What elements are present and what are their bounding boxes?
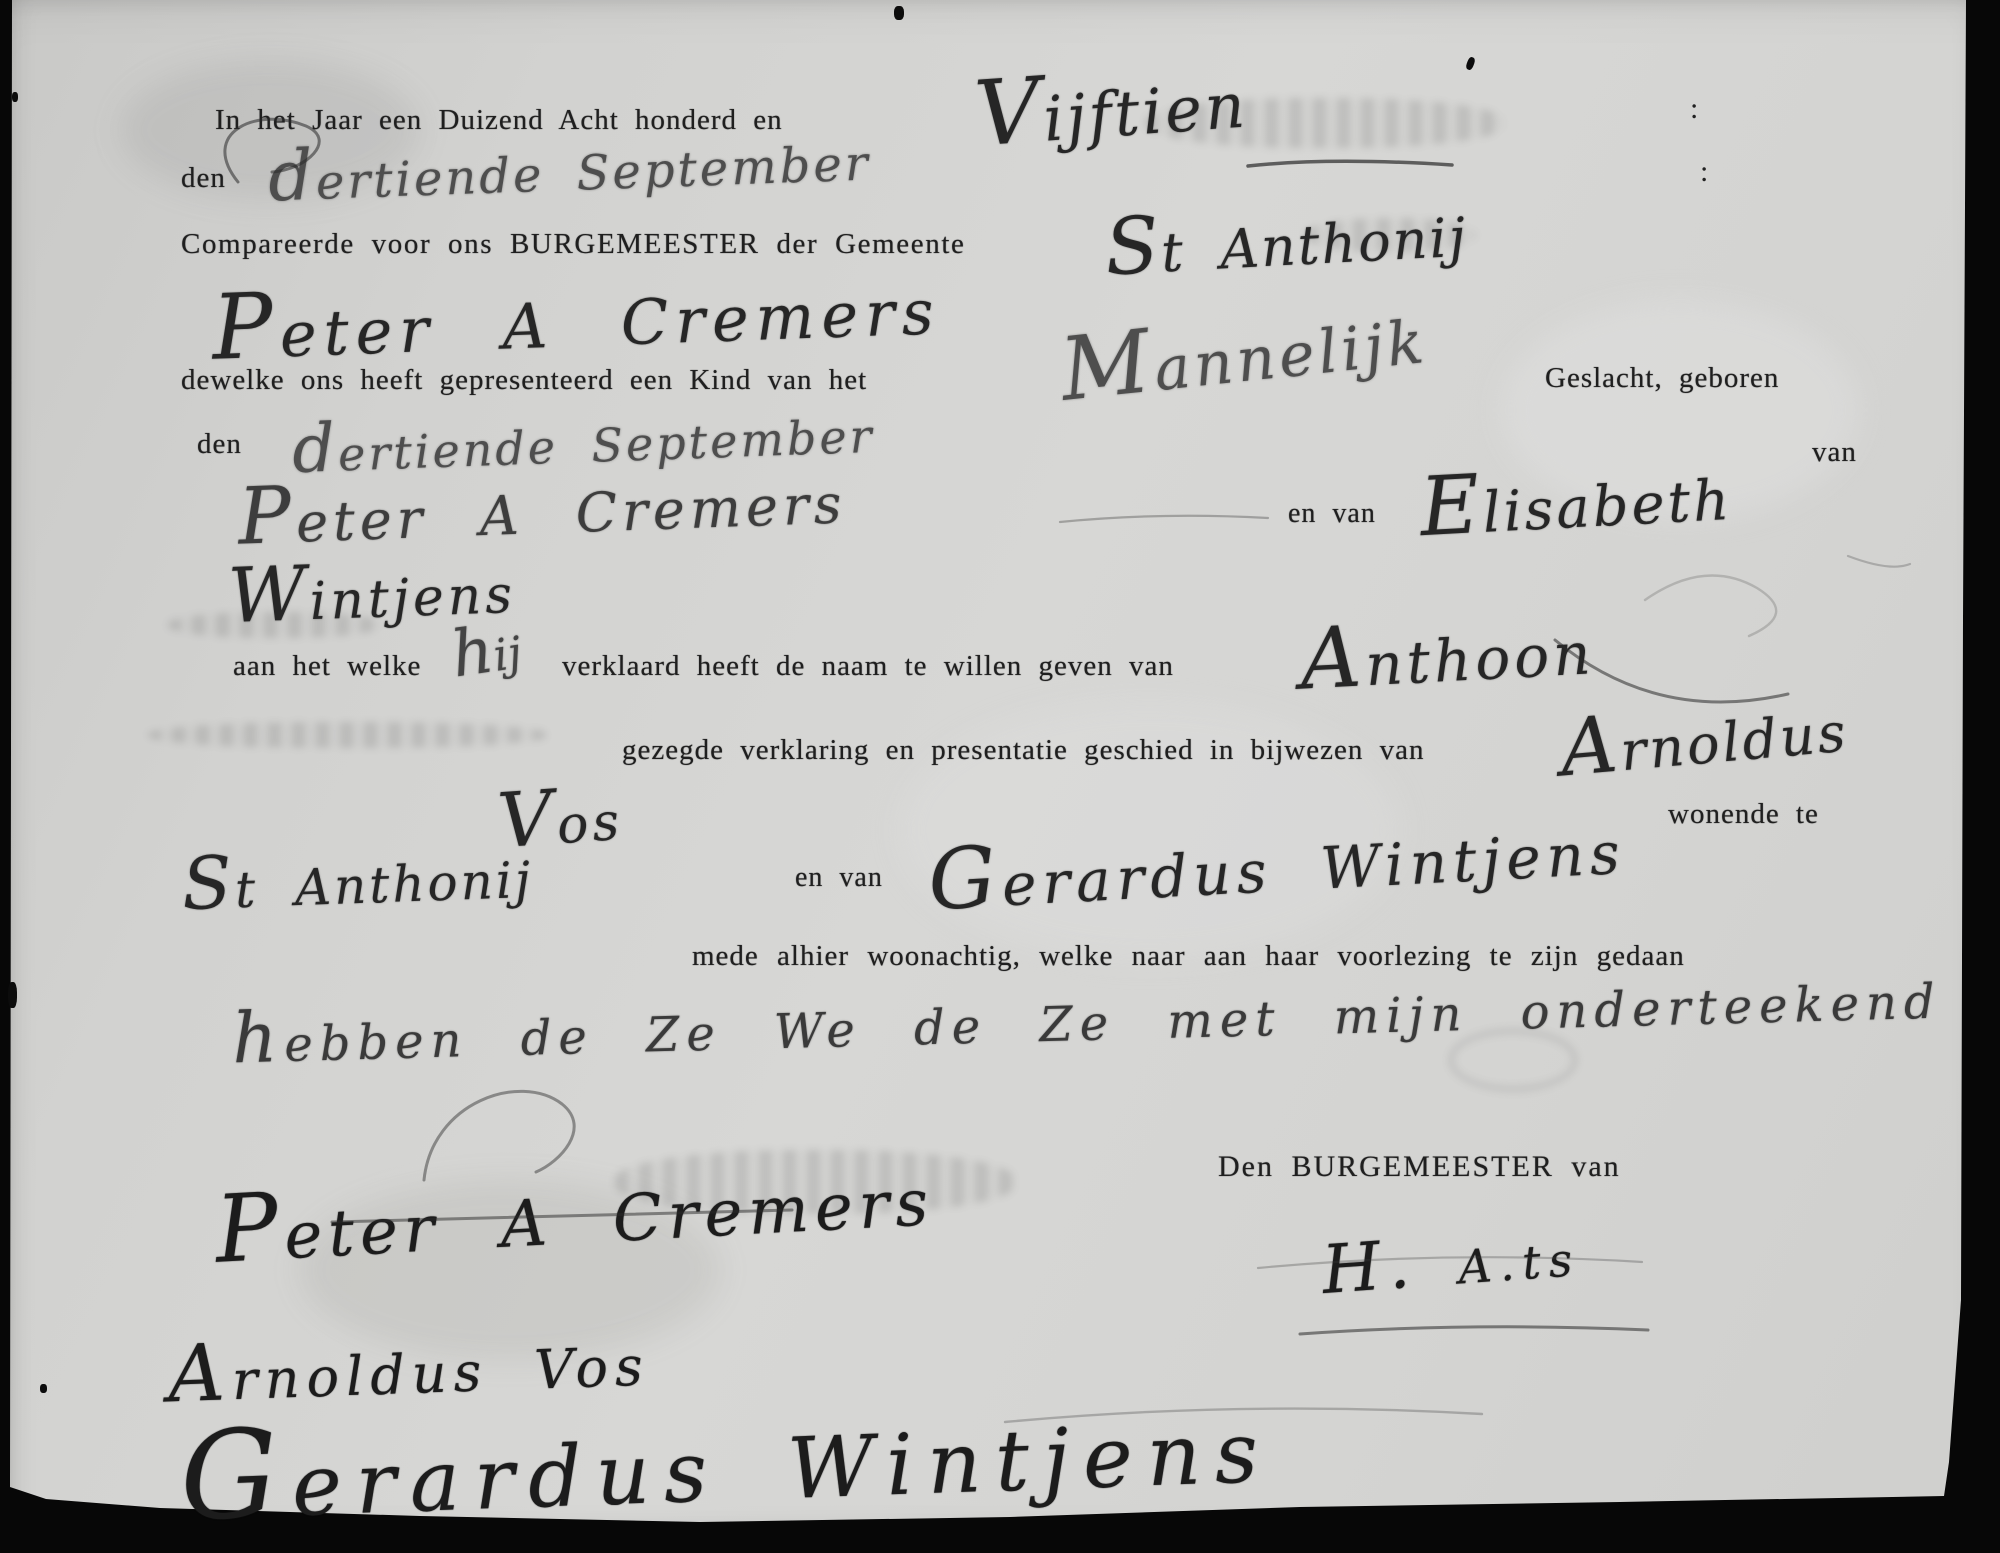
ink-speck	[12, 92, 18, 102]
printed-aan-het-welke: aan het welke	[233, 650, 421, 683]
printed-burgemeester-line: Den BURGEMEESTER van	[1218, 1150, 1621, 1184]
ink-colon-mark: :	[1700, 155, 1708, 189]
ink-speck	[8, 982, 17, 1008]
printed-den-2: den	[197, 428, 242, 461]
printed-verklaard-line: verklaard heeft de naam te willen geven …	[562, 650, 1174, 683]
printed-en-van-1: en van	[1288, 498, 1376, 530]
ink-colon-mark: :	[1690, 92, 1698, 126]
printed-van: van	[1812, 436, 1857, 469]
handwritten-mother-firstname: Elisabeth	[1418, 452, 1734, 549]
ink-speck	[40, 1384, 47, 1393]
ink-speck	[894, 6, 904, 20]
document-scan: In het Jaar een Duizend Acht honderd en …	[0, 0, 2000, 1553]
printed-compareerde-line: Compareerde voor ons BURGEMEESTER der Ge…	[181, 228, 965, 261]
printed-en-van-2: en van	[795, 862, 883, 894]
handwritten-witness1-place: St Anthonij	[181, 837, 534, 922]
handwritten-pronoun: hij	[448, 616, 525, 689]
signature-witness1: Arnoldus Vos	[167, 1320, 651, 1415]
printed-mede-line: mede alhier woonachtig, welke naar aan h…	[692, 940, 1685, 973]
printed-wonende-te: wonende te	[1668, 798, 1819, 831]
printed-geslacht-geboren: Geslacht, geboren	[1545, 362, 1779, 395]
handwritten-child-name: Anthoon	[1298, 602, 1596, 701]
printed-gezegde-line: gezegde verklaring en presentatie geschi…	[622, 734, 1424, 767]
printed-den-1: den	[181, 162, 226, 195]
handwritten-year: Vijftien	[972, 53, 1250, 162]
